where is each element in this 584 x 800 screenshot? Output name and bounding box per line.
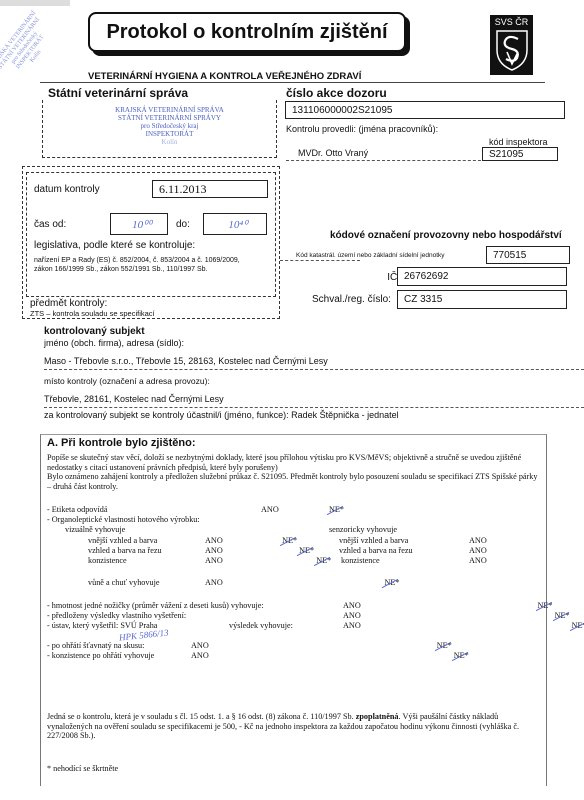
section-a-heading: A. Při kontrole bylo zjištěno: — [47, 439, 196, 449]
document-title: Protokol o kontrolním zjištění — [88, 12, 406, 52]
legislation-text: nařízení EP a Rady (ES) č. 852/2004, č. … — [34, 256, 259, 274]
inspector-name-field[interactable]: MVDr. Otto Vraný — [286, 148, 486, 161]
visual-item-yes[interactable]: ANO — [205, 546, 223, 556]
date-field[interactable]: 6.11.2013 — [152, 180, 268, 198]
fee-text: Jedná se o kontrolu, která je v souladu … — [47, 712, 356, 721]
section-a-announcement: Bylo oznámeno zahájení kontroly a předlo… — [47, 472, 539, 491]
sensory-item: vzhled a barva na řezu — [339, 546, 413, 556]
juicy-no[interactable]: NE* — [437, 641, 452, 651]
date-value: 6.11.2013 — [159, 182, 207, 197]
inspector-code-field[interactable]: S21095 — [482, 147, 558, 161]
stamp-line: Kolín — [63, 138, 276, 146]
smell-taste-text: vůně a chuť vyhovuje — [88, 578, 159, 588]
subject-of-control-label: předmět kontroly: — [30, 298, 107, 309]
document-title-text: Protokol o kontrolním zjištění — [106, 21, 387, 44]
action-number-field[interactable]: 131106000002S21095 — [285, 101, 565, 119]
own-results-no[interactable]: NE* — [555, 611, 570, 621]
time-to-field[interactable]: 10⁴⁰ — [203, 213, 267, 235]
authority-stamp-box: KRAJSKÁ VETERINÁRNÍ SPRÁVA STÁTNÍ VETERI… — [42, 100, 277, 158]
section-a-intro: Popíše se skutečný stav věcí, doloží se … — [47, 453, 539, 472]
institute-text: - ústav, který vyšetřil: SVÚ Praha — [47, 621, 157, 631]
stamp-line: pro Středočeský kraj — [63, 122, 276, 130]
time-from-field[interactable]: 10⁰⁰ — [110, 213, 168, 235]
controlled-subject-title: kontrolovaný subjekt — [44, 326, 145, 337]
own-results-text: - předloženy výsledky vlastního vyšetřen… — [47, 611, 186, 621]
inspector-name-value: MVDr. Otto Vraný — [298, 148, 368, 158]
sensory-item: konzistence — [341, 556, 380, 566]
label-check-yes[interactable]: ANO — [261, 505, 279, 515]
date-label: datum kontroly — [34, 184, 100, 195]
sensory-item-yes[interactable]: ANO — [469, 556, 487, 566]
sensory-item-yes[interactable]: ANO — [469, 546, 487, 556]
fee-bold: zpoplatněná — [356, 712, 399, 721]
inspector-code-value: S21095 — [489, 149, 523, 160]
visual-item-yes[interactable]: ANO — [205, 556, 223, 566]
svs-emblem-icon — [494, 28, 530, 72]
svs-logo: SVS ČR — [490, 15, 533, 75]
weight-text: - hmotnost jedné nožičky (průměr vážení … — [47, 601, 264, 611]
label-check-no[interactable]: NE* — [329, 505, 344, 515]
ic-field[interactable]: 26762692 — [397, 267, 567, 286]
sensory-item-yes[interactable]: ANO — [469, 536, 487, 546]
result-no[interactable]: NE* — [572, 621, 584, 631]
stamp-line: STÁTNÍ VETERINÁRNÍ SPRÁVY — [63, 114, 276, 122]
smell-taste-yes[interactable]: ANO — [205, 578, 223, 588]
cadastral-value: 770515 — [493, 250, 526, 261]
consistency-heated-yes[interactable]: ANO — [191, 651, 209, 661]
organoleptic-text: - Organoleptické vlastnosti hotového výr… — [47, 515, 200, 525]
sensory-heading: senzoricky vyhovuje — [329, 525, 397, 535]
visual-item: konzistence — [88, 556, 127, 566]
place-value: Třebovle, 28161, Kostelec nad Černými Le… — [44, 394, 224, 404]
time-from-label: čas od: — [34, 219, 66, 230]
result-yes[interactable]: ANO — [343, 621, 361, 631]
weight-no[interactable]: NE* — [538, 601, 553, 611]
time-to-value: 10⁴⁰ — [228, 218, 247, 231]
juicy-text: - po ohřátí šťavnatý na skusu: — [47, 641, 144, 651]
juicy-yes[interactable]: ANO — [191, 641, 209, 651]
cadastral-label: Kód katastrál. území nebo základní sídel… — [296, 252, 445, 259]
visual-heading: vizuálně vyhovuje — [65, 525, 125, 535]
facility-divider — [280, 260, 360, 261]
consistency-heated-text: - konzistence po ohřátí vyhovuje — [47, 651, 154, 661]
visual-item-no[interactable]: NE* — [299, 546, 314, 556]
action-number-value: 131106000002S21095 — [292, 105, 392, 116]
legislation-label: legislativa, podle které se kontroluje: — [34, 240, 195, 251]
visual-item-no[interactable]: NE* — [316, 556, 331, 566]
subject-name-label: jméno (obch. firma), adresa (sídlo): — [44, 338, 184, 348]
label-check-text: - Etiketa odpovídá — [47, 505, 107, 515]
stamp-line: KRAJSKÁ VETERINÁRNÍ SPRÁVA — [63, 106, 276, 114]
fee-paragraph: Jedná se o kontrolu, která je v souladu … — [47, 712, 539, 741]
result-label: výsledek vyhovuje: — [229, 621, 293, 631]
weight-yes[interactable]: ANO — [343, 601, 361, 611]
consistency-heated-no[interactable]: NE* — [454, 651, 469, 661]
sensory-item: vnější vzhled a barva — [339, 536, 408, 546]
action-number-label: číslo akce dozoru — [286, 86, 387, 100]
logo-text: SVS ČR — [490, 17, 533, 27]
department-subtitle: VETERINÁRNÍ HYGIENA A KONTROLA VEŘEJNÉHO… — [88, 71, 361, 82]
visual-item-yes[interactable]: ANO — [205, 536, 223, 546]
visual-item: vnější vzhled a barva — [88, 536, 157, 546]
stamp-line: INSPEKTORÁT — [63, 130, 276, 138]
authority-label: Státní veterinární správa — [48, 86, 188, 100]
place-field[interactable]: Třebovle, 28161, Kostelec nad Černými Le… — [44, 394, 584, 408]
time-from-value: 10⁰⁰ — [132, 218, 152, 231]
header-divider — [40, 82, 545, 83]
participant-line: za kontrolovaný subjekt se kontroly účas… — [44, 410, 399, 420]
footnote: * nehodící se škrtněte — [47, 764, 539, 774]
registration-value: CZ 3315 — [404, 294, 442, 305]
registration-field[interactable]: CZ 3315 — [397, 290, 567, 309]
subject-of-control-value: ZTS – kontrola souladu se specifikací — [30, 309, 155, 318]
registration-label: Schval./reg. číslo: — [312, 294, 391, 305]
own-results-yes[interactable]: ANO — [343, 611, 361, 621]
smell-taste-no[interactable]: NE* — [384, 578, 399, 588]
visual-item: vzhled a barva na řezu — [88, 546, 162, 556]
ic-value: 26762692 — [404, 271, 449, 282]
visual-item-no[interactable]: NE* — [282, 536, 297, 546]
cadastral-field[interactable]: 770515 — [486, 246, 570, 264]
time-to-label: do: — [176, 219, 190, 230]
subject-name-value: Maso - Třebovle s.r.o., Třebovle 15, 281… — [44, 356, 328, 366]
performed-by-label: Kontrolu provedli: (jména pracovníků): — [286, 124, 438, 134]
subject-name-field[interactable]: Maso - Třebovle s.r.o., Třebovle 15, 281… — [44, 356, 584, 370]
facility-code-title: kódové označení provozovny nebo hospodář… — [330, 230, 562, 241]
inspector-code-label: kód inspektora — [489, 137, 548, 147]
section-a-findings: A. Při kontrole bylo zjištěno: Popíše se… — [40, 434, 547, 786]
place-label: místo kontroly (označení a adresa provoz… — [44, 376, 210, 386]
